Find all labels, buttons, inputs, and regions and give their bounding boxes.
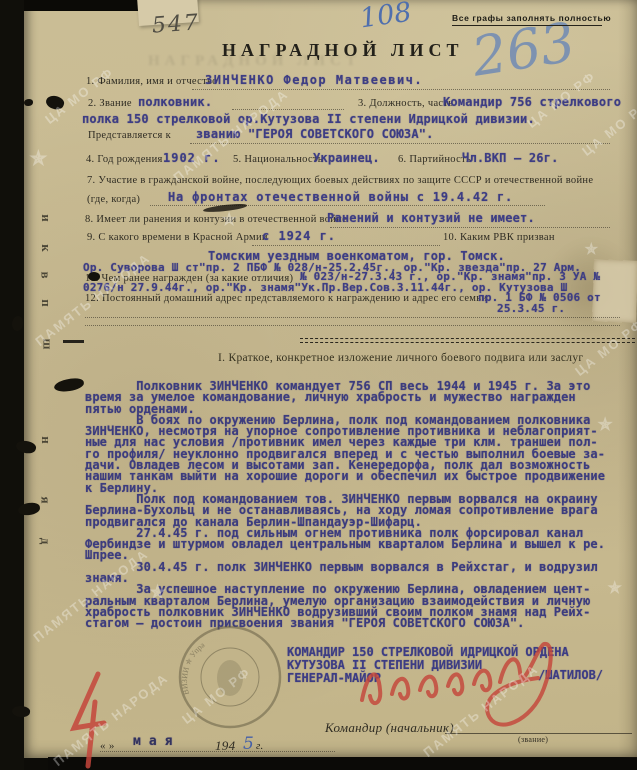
- fill-all-fields-stamp: Все графы заполнять полностью: [452, 13, 611, 23]
- field-3-value: Командир 756 стрелкового: [443, 95, 621, 109]
- field-8-label: 8. Имеет ли ранения и контузии в отечест…: [85, 214, 347, 225]
- field-12-label: 12. Постоянный домашний адрес представля…: [85, 293, 487, 304]
- document-title: НАГРАДНОЙ ЛИСТ: [222, 40, 463, 61]
- field-5-value: Украинец.: [313, 151, 380, 165]
- dotted-line: [232, 108, 344, 110]
- commander-label: Командир (начальник): [325, 720, 454, 736]
- margin-letter: н: [38, 436, 54, 444]
- ink-blob: [24, 99, 33, 106]
- scanned-award-document: 547 108 263 Все графы заполнять полность…: [0, 0, 637, 770]
- dotted-line: [252, 244, 440, 246]
- divider-short: [63, 340, 84, 343]
- body-line: 30.4.45 г. полк ЗИНЧЕНКО первым ворвался…: [85, 562, 605, 573]
- field-2-value: полковник.: [138, 95, 212, 109]
- field-6-label: 6. Партийность: [398, 154, 471, 165]
- dotted-line: [192, 88, 610, 90]
- dotted-line: [150, 204, 545, 206]
- margin-letter: я: [38, 496, 54, 503]
- field-3-label: 3. Должность, часть: [358, 98, 453, 109]
- rank-caption: (звание): [518, 735, 548, 744]
- field-2-label: 2. Звание: [88, 98, 132, 109]
- field-3-value-line2: полка 150 стрелковой ор.Кутузова II степ…: [82, 112, 535, 126]
- field-4-value: 1902 г.: [163, 151, 221, 165]
- citation-text: Полковник ЗИНЧЕНКО командует 756 СП весь…: [85, 381, 605, 630]
- field-9-value: с 1924 г.: [262, 229, 336, 243]
- presented-for-value: званию "ГЕРОЯ СОВЕТСКОГО СОЮЗА".: [196, 127, 434, 141]
- margin-letter: к: [38, 244, 54, 252]
- commander-signature-line: [445, 732, 632, 734]
- date-year-printed: 194: [215, 738, 235, 754]
- handwritten-day-4: [62, 666, 116, 770]
- dotted-line: [190, 142, 610, 144]
- scan-border-bottom: [48, 757, 637, 770]
- dotted-line: [85, 324, 620, 326]
- dotted-line: [85, 316, 620, 318]
- margin-letter: в: [38, 271, 54, 278]
- margin-letter: и: [38, 214, 54, 222]
- divider-dashed-2: [300, 341, 635, 343]
- presented-for-label: Представляется к: [88, 130, 171, 141]
- margin-letter: п: [38, 299, 54, 307]
- date-year-handwritten-5: 5: [243, 734, 254, 754]
- body-line: стагом — достоин присвоения звания "ГЕРО…: [85, 618, 605, 629]
- handwritten-number-left: 547: [151, 10, 201, 38]
- date-month: мая: [133, 734, 180, 749]
- divider-dashed-1: [300, 337, 635, 339]
- scan-border-left: [0, 0, 24, 770]
- field-10-label: 10. Каким РВК призван: [443, 232, 555, 243]
- field-8-value: Ранений и контузий не имеет.: [327, 211, 535, 225]
- field-1-value: ЗИНЧЕНКО Федор Матвеевич.: [205, 73, 423, 87]
- body-line: Фербиндзе и штурмом овладел центральным …: [85, 539, 605, 550]
- field-9-label: 9. С какого времени в Красной Армии: [87, 232, 268, 243]
- field-7-label: 7. Участие в гражданской войне, последую…: [87, 175, 593, 186]
- field-4-label: 4. Год рождения: [86, 154, 163, 165]
- section-title: I. Краткое, конкретное изложение личного…: [218, 352, 583, 364]
- margin-letter: д: [37, 538, 53, 545]
- field-11-value-line5: 25.3.45 г.: [497, 302, 565, 315]
- fill-note-underline: [452, 25, 602, 26]
- date-year-suffix: г.: [256, 740, 264, 752]
- round-seal-stamp: ВИЗИИ ✯ Упра: [175, 622, 285, 732]
- field-5-label: 5. Национальность: [233, 154, 323, 165]
- margin-letter: ш: [39, 339, 55, 350]
- ink-blob: [12, 316, 23, 331]
- field-7-value: На фронтах отечественной войны с 19.4.42…: [168, 190, 513, 204]
- field-6-value: Чл.ВКП — 26г.: [462, 151, 559, 165]
- field-7-label-2: (где, когда): [87, 194, 140, 205]
- dotted-line: [330, 226, 610, 228]
- body-line: нашим танкам выйти на хорошие дороги и о…: [85, 471, 605, 482]
- field-1-label: 1. Фамилия, имя и отчество: [86, 76, 218, 87]
